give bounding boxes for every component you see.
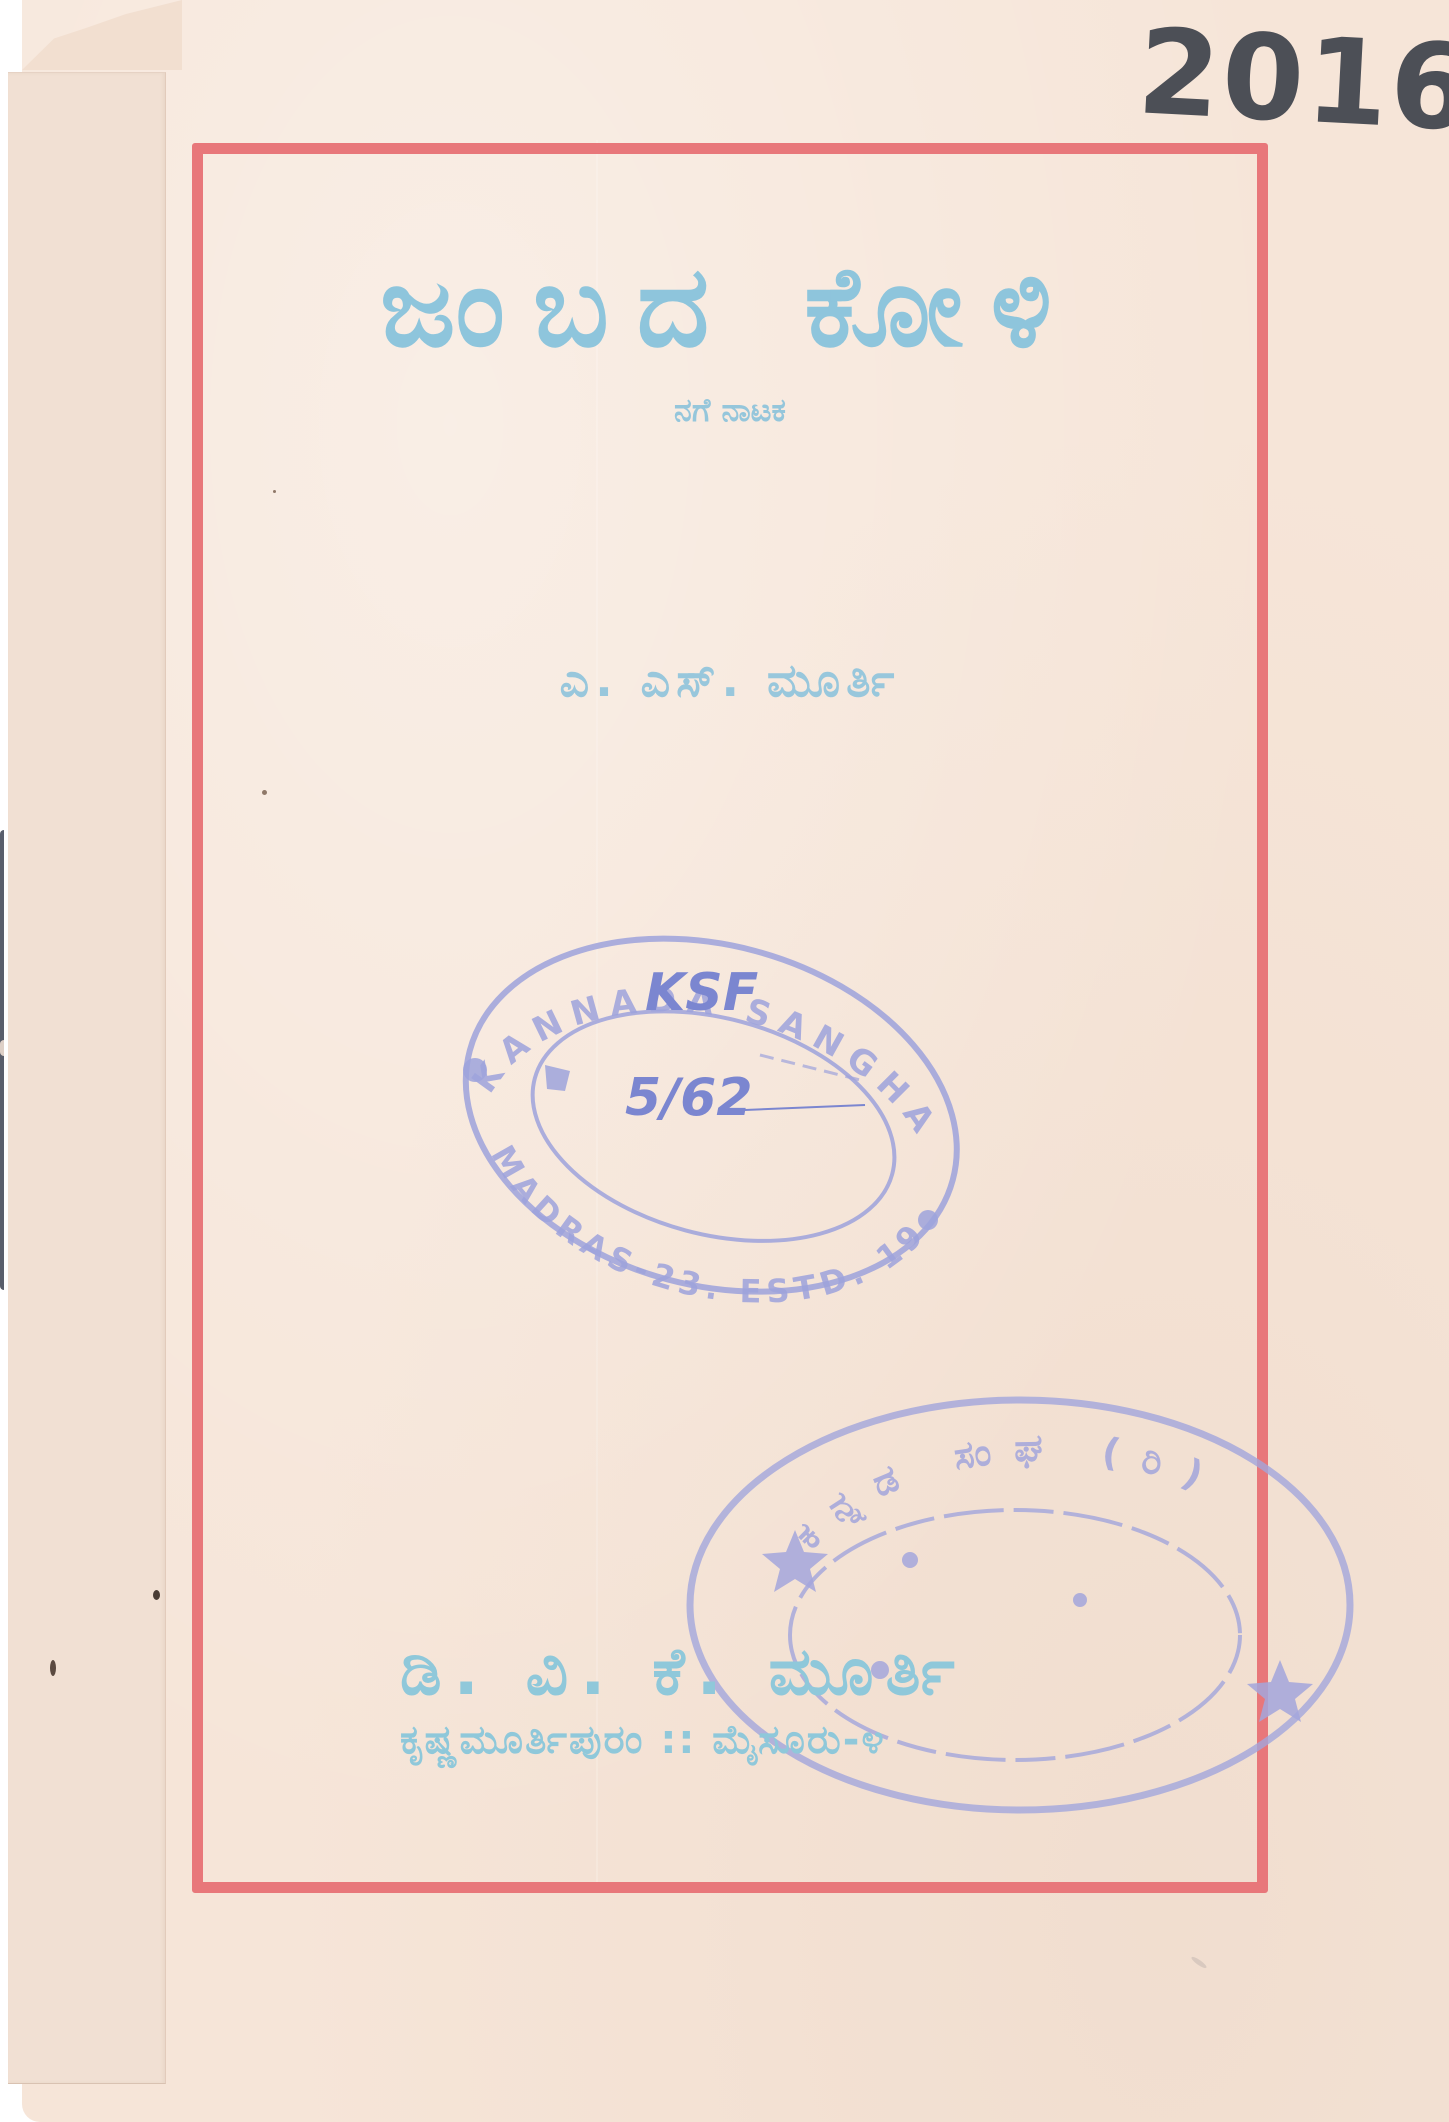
paper-speck [50,1660,56,1676]
handwritten-catalog-number: 2016 [1134,0,1441,162]
paper-speck [153,1590,160,1600]
book-subtitle: ನಗೆ ನಾಟಕ [192,388,1268,432]
publisher-address: ಕೃಷ್ಣಮೂರ್ತಿಪುರಂ :: ಮೈಸೂರು-೪ [400,1712,1200,1768]
stamp1-dot-icon [918,1210,938,1230]
stamp2-top-text: ಕನ್ನಡ ಸಂಘ (ರಿ) [786,1425,1230,1557]
stamp1-map-icon [545,1065,570,1091]
binding-thread-gap [0,1040,12,1056]
stamp1-signature-line [745,1105,865,1110]
binding-thread [0,830,12,1290]
book-author: ಎ. ಎಸ್. ಮೂರ್ತಿ [192,650,1268,710]
stamp1-emblem-icon [463,1058,487,1082]
svg-text:ಕನ್ನಡ ಸಂಘ (ರಿ): ಕನ್ನಡ ಸಂಘ (ರಿ) [786,1425,1230,1557]
stamp1-handwritten-code: KSF [645,963,758,1023]
book-title: ಜಂಬದ ಕೋಳಿ [192,232,1268,382]
library-stamp-madras: KANNADA SANGHA MADRAS-23. ESTD. 1956 KSF… [440,900,980,1340]
stamp1-handwritten-date: 5/62 [625,1068,753,1128]
spine-binding-strip [8,72,166,2084]
publisher-name: ಡಿ. ವಿ. ಕೆ. ಮೂರ್ತಿ [380,1632,1200,1712]
